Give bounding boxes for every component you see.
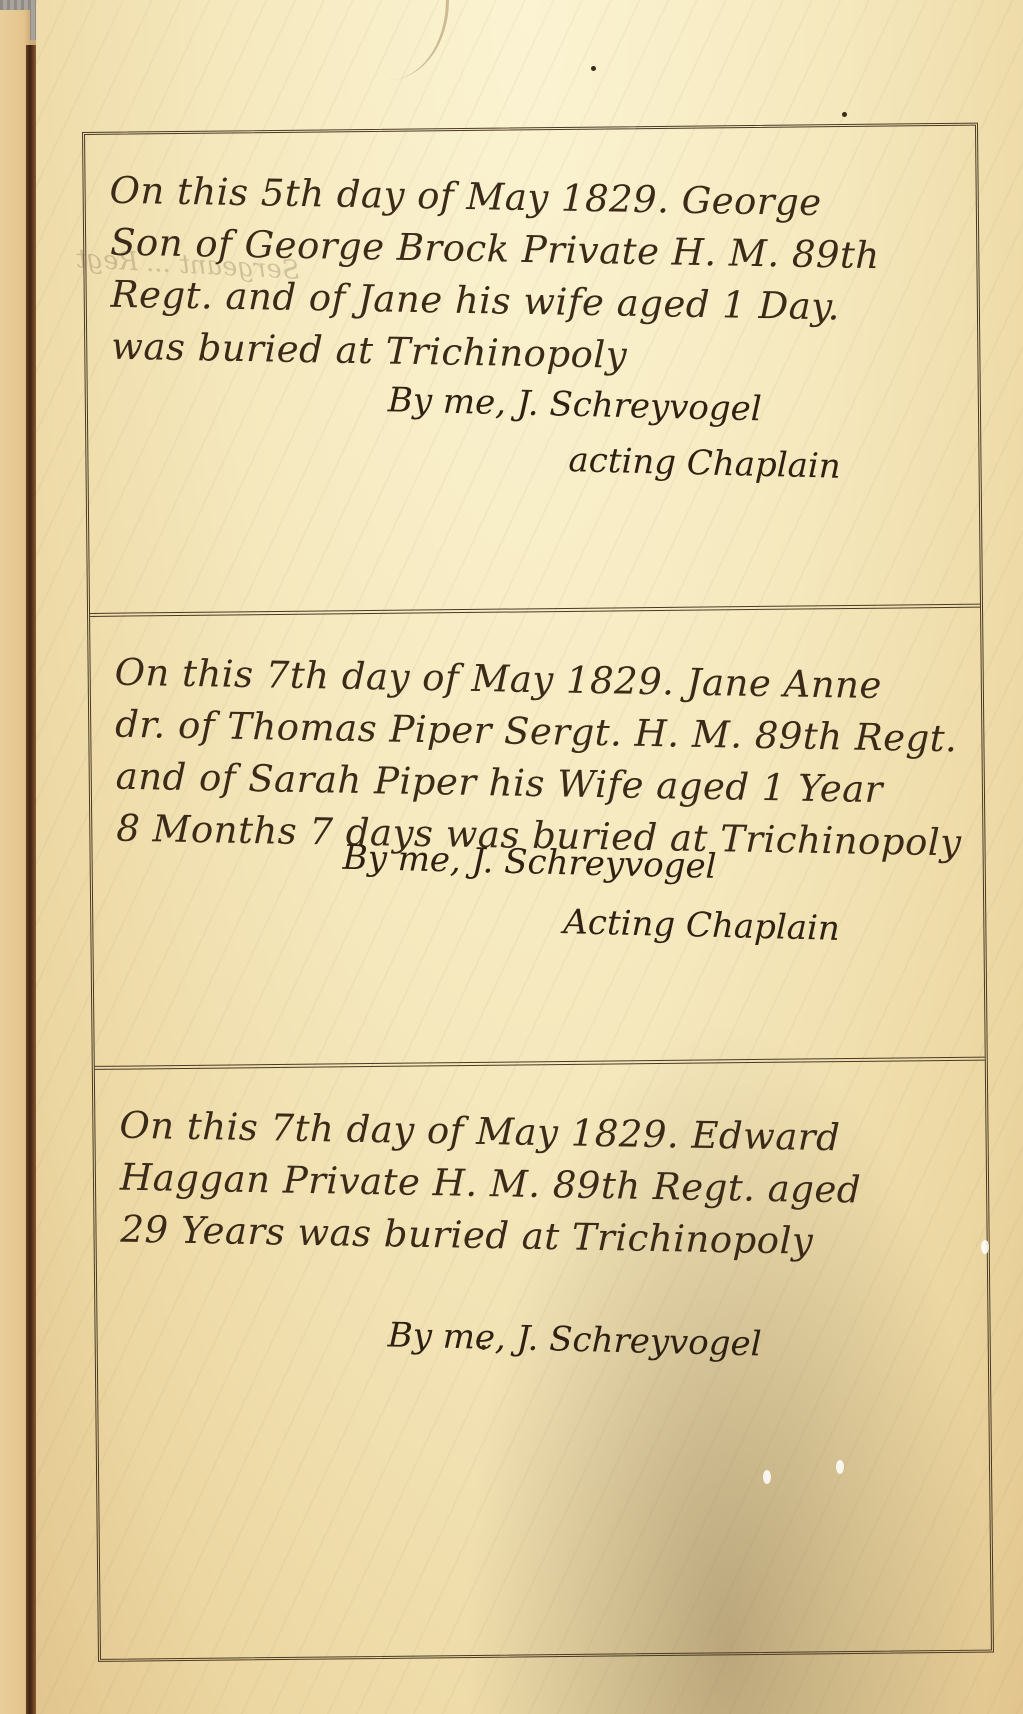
chaplain-signature: By me, J. Schreyvogel: [387, 1315, 762, 1364]
chaplain-signature: By me, J. Schreyvogel: [342, 838, 717, 887]
burial-entry-1: On this 5th day of May 1829. George Son …: [85, 126, 980, 617]
register-photo: Sergeant ... Regt On this 5th day of May…: [0, 0, 1023, 1714]
entry-text: On this 5th day of May 1829. George Son …: [109, 126, 953, 373]
light-glare: [981, 1240, 989, 1254]
ruled-frame: On this 5th day of May 1829. George Son …: [82, 123, 994, 1662]
chaplain-signature: By me, J. Schreyvogel: [387, 380, 762, 429]
light-glare: [836, 1460, 844, 1474]
signature-title: Acting Chaplain: [563, 902, 840, 949]
book-gutter: [26, 45, 36, 1714]
light-glare: [763, 1470, 771, 1484]
entry-text: On this 7th day of May 1829. Edward Hagg…: [119, 1061, 963, 1256]
entry-text: On this 7th day of May 1829. Jane Anne d…: [114, 608, 958, 855]
register-page: Sergeant ... Regt On this 5th day of May…: [36, 0, 1023, 1714]
page-tear: [356, 0, 449, 80]
burial-entry-3: On this 7th day of May 1829. Edward Hagg…: [95, 1061, 991, 1659]
burial-entry-2: On this 7th day of May 1829. Jane Anne d…: [90, 608, 985, 1070]
signature-title: acting Chaplain: [568, 440, 841, 487]
